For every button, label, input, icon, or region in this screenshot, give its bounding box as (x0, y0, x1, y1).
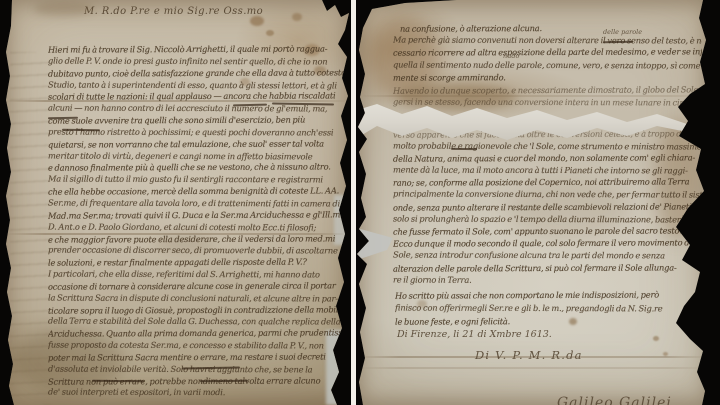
stain (653, 336, 659, 341)
handwriting-line: principalmente la conversione diurna, ch… (393, 188, 702, 201)
handwriting-line: Mad.ma Ser.ma; trovati quivi il G. Duca … (48, 209, 345, 222)
handwriting-line: che fusse fermato il Sole, com' appunto … (393, 224, 702, 237)
handwriting-line: dubitavo punto, cioè della satisfazzione… (48, 67, 345, 80)
right-page-closing: Ho scritto più assai che non comportano … (395, 289, 702, 329)
handwriting-line: le buone feste, e ogni felicità. (395, 315, 702, 330)
manuscript-photo: M. R.do P.re e mio Sig.re Oss.mo Hieri m… (0, 0, 720, 405)
handwriting-line: Sole, senza introdur confusione alcuna t… (393, 249, 702, 262)
handwriting-line: D. Ant.o e D. Paolo Giordano, et alcuni … (48, 221, 345, 234)
handwriting-line: come suole avvenire tra quelli che sono … (48, 114, 345, 127)
left-page-text: Hieri mi fu à trovare il Sig. Niccolò Ar… (48, 44, 345, 399)
torn-backing-patch (357, 228, 393, 260)
signature-partial: Galileo Galilei (557, 394, 672, 405)
handwriting-line: occasione di tornare à considerare alcun… (48, 280, 345, 293)
page-divider (351, 0, 356, 405)
handwriting-line: gersi in se stesso, facendo una conversi… (393, 96, 702, 109)
handwriting-line: Ser.me, di frequentare alla tavola loro,… (48, 198, 345, 211)
right-page-middle: Havendo io dunque scoperto, e necessaria… (393, 84, 702, 108)
handwriting-line: d'assoluta et inviolabile verità. Solo h… (48, 363, 345, 376)
salutation: M. R.do P.re e mio Sig.re Oss.mo (84, 5, 263, 19)
interlinear-insertion: nudo (503, 53, 519, 60)
handwriting-line: de' suoi interpreti et espositori, in va… (48, 387, 345, 400)
stain (250, 16, 264, 26)
handwriting-line: Hieri mi fu à trovare il Sig. Niccolò Ar… (48, 43, 345, 56)
stain (266, 30, 274, 36)
right-page-conclusion: Ecco dunque il modo secondo il quale, co… (393, 237, 702, 287)
handwriting-line: onde, senza punto alterare il restante d… (393, 200, 702, 213)
dateline: Di Firenze, li 21 di Xmbre 1613. (397, 329, 552, 341)
handwriting-line: che ella hebbe occasione, mercè della so… (48, 185, 345, 198)
stain (34, 2, 94, 16)
right-page-opening: na confusione, ò alterazione alcuna.Ma p… (393, 22, 702, 83)
valediction: Di V. P. M. R.da (475, 348, 583, 362)
handwriting-line: re il giorno in Terra. (393, 274, 702, 287)
handwriting-line: cessario ricorrere ad altra esposizione … (393, 46, 702, 60)
interlinear-insertion: delle parole (603, 29, 642, 36)
manuscript-page-left: M. R.do P.re e mio Sig.re Oss.mo Hieri m… (4, 0, 350, 405)
handwriting-line: quietarsi, se non vorranno che tal emula… (48, 138, 345, 151)
manuscript-page-right: na confusione, ò alterazione alcuna.Ma p… (357, 0, 710, 405)
stain (292, 13, 302, 21)
fold-crease (357, 367, 710, 369)
handwriting-line: mente si scorge ammirando. (393, 70, 702, 84)
handwriting-line: quella il sentimento nudo delle parole, … (393, 58, 702, 71)
right-page-lower: verso apparente che si faccia; ma oltre … (393, 128, 702, 237)
handwriting-line: fusse proposto da cotesta Ser.ma, e conc… (48, 340, 345, 353)
handwriting-line: poter mai la Scrittura Sacra mentire o e… (48, 351, 345, 364)
handwriting-line: I particolari, che ella disse, referitim… (48, 269, 345, 282)
handwriting-line: la Scrittura Sacra in dispute di conclus… (48, 292, 345, 305)
handwriting-line: glio delle P. V. onde io presi gusto inf… (48, 55, 345, 68)
handwriting-line: solo si prolungherà lo spazio e 'l tempo… (393, 212, 702, 225)
